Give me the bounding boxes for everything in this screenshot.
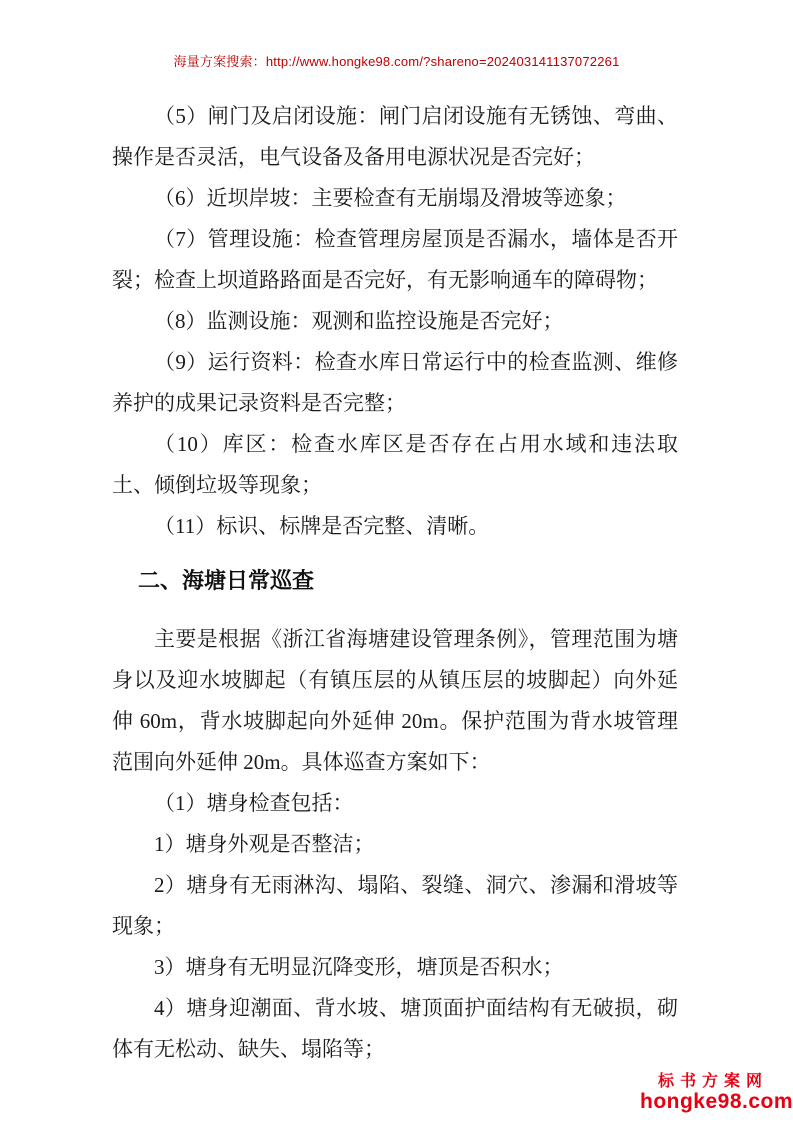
paragraph-subitem-2: 2）塘身有无雨淋沟、塌陷、裂缝、洞穴、渗漏和滑坡等现象；	[112, 865, 678, 947]
paragraph-item-9: （9）运行资料：检查水库日常运行中的检查监测、维修养护的成果记录资料是否完整；	[112, 342, 678, 424]
paragraph-item-8: （8）监测设施：观测和监控设施是否完好；	[112, 301, 678, 342]
paragraph-item-5: （5）闸门及启闭设施：闸门启闭设施有无锈蚀、弯曲、操作是否灵活，电气设备及备用电…	[112, 96, 678, 178]
site-logo: 标书方案网 hongke98.com	[640, 1074, 780, 1113]
paragraph-item-7: （7）管理设施：检查管理房屋顶是否漏水，墙体是否开裂；检查上坝道路路面是否完好，…	[112, 219, 678, 301]
document-body: （5）闸门及启闭设施：闸门启闭设施有无锈蚀、弯曲、操作是否灵活，电气设备及备用电…	[112, 96, 678, 1070]
document-page: 海量方案搜索：http://www.hongke98.com/?shareno=…	[0, 0, 793, 1122]
site-logo-domain: hongke98.com	[640, 1091, 780, 1113]
paragraph-item-6: （6）近坝岸坡：主要检查有无崩塌及滑坡等迹象；	[112, 178, 678, 219]
paragraph-item-11: （11）标识、标牌是否完整、清晰。	[112, 506, 678, 547]
site-logo-chinese-name: 标书方案网	[640, 1074, 780, 1091]
paragraph-subitem-3: 3）塘身有无明显沉降变形，塘顶是否积水；	[112, 947, 678, 988]
paragraph-item-1: （1）塘身检查包括：	[112, 783, 678, 824]
paragraph-item-10: （10）库区：检查水库区是否存在占用水域和违法取土、倾倒垃圾等现象；	[112, 424, 678, 506]
paragraph-subitem-4: 4）塘身迎潮面、背水坡、塘顶面护面结构有无破损，砌体有无松动、缺失、塌陷等；	[112, 988, 678, 1070]
watermark-header-text: 海量方案搜索：http://www.hongke98.com/?shareno=…	[0, 51, 793, 70]
paragraph-seawall-intro: 主要是根据《浙江省海塘建设管理条例》，管理范围为塘身以及迎水坡脚起（有镇压层的从…	[112, 619, 678, 783]
paragraph-subitem-1: 1）塘身外观是否整洁；	[112, 824, 678, 865]
section-heading: 二、海塘日常巡查	[112, 560, 678, 601]
